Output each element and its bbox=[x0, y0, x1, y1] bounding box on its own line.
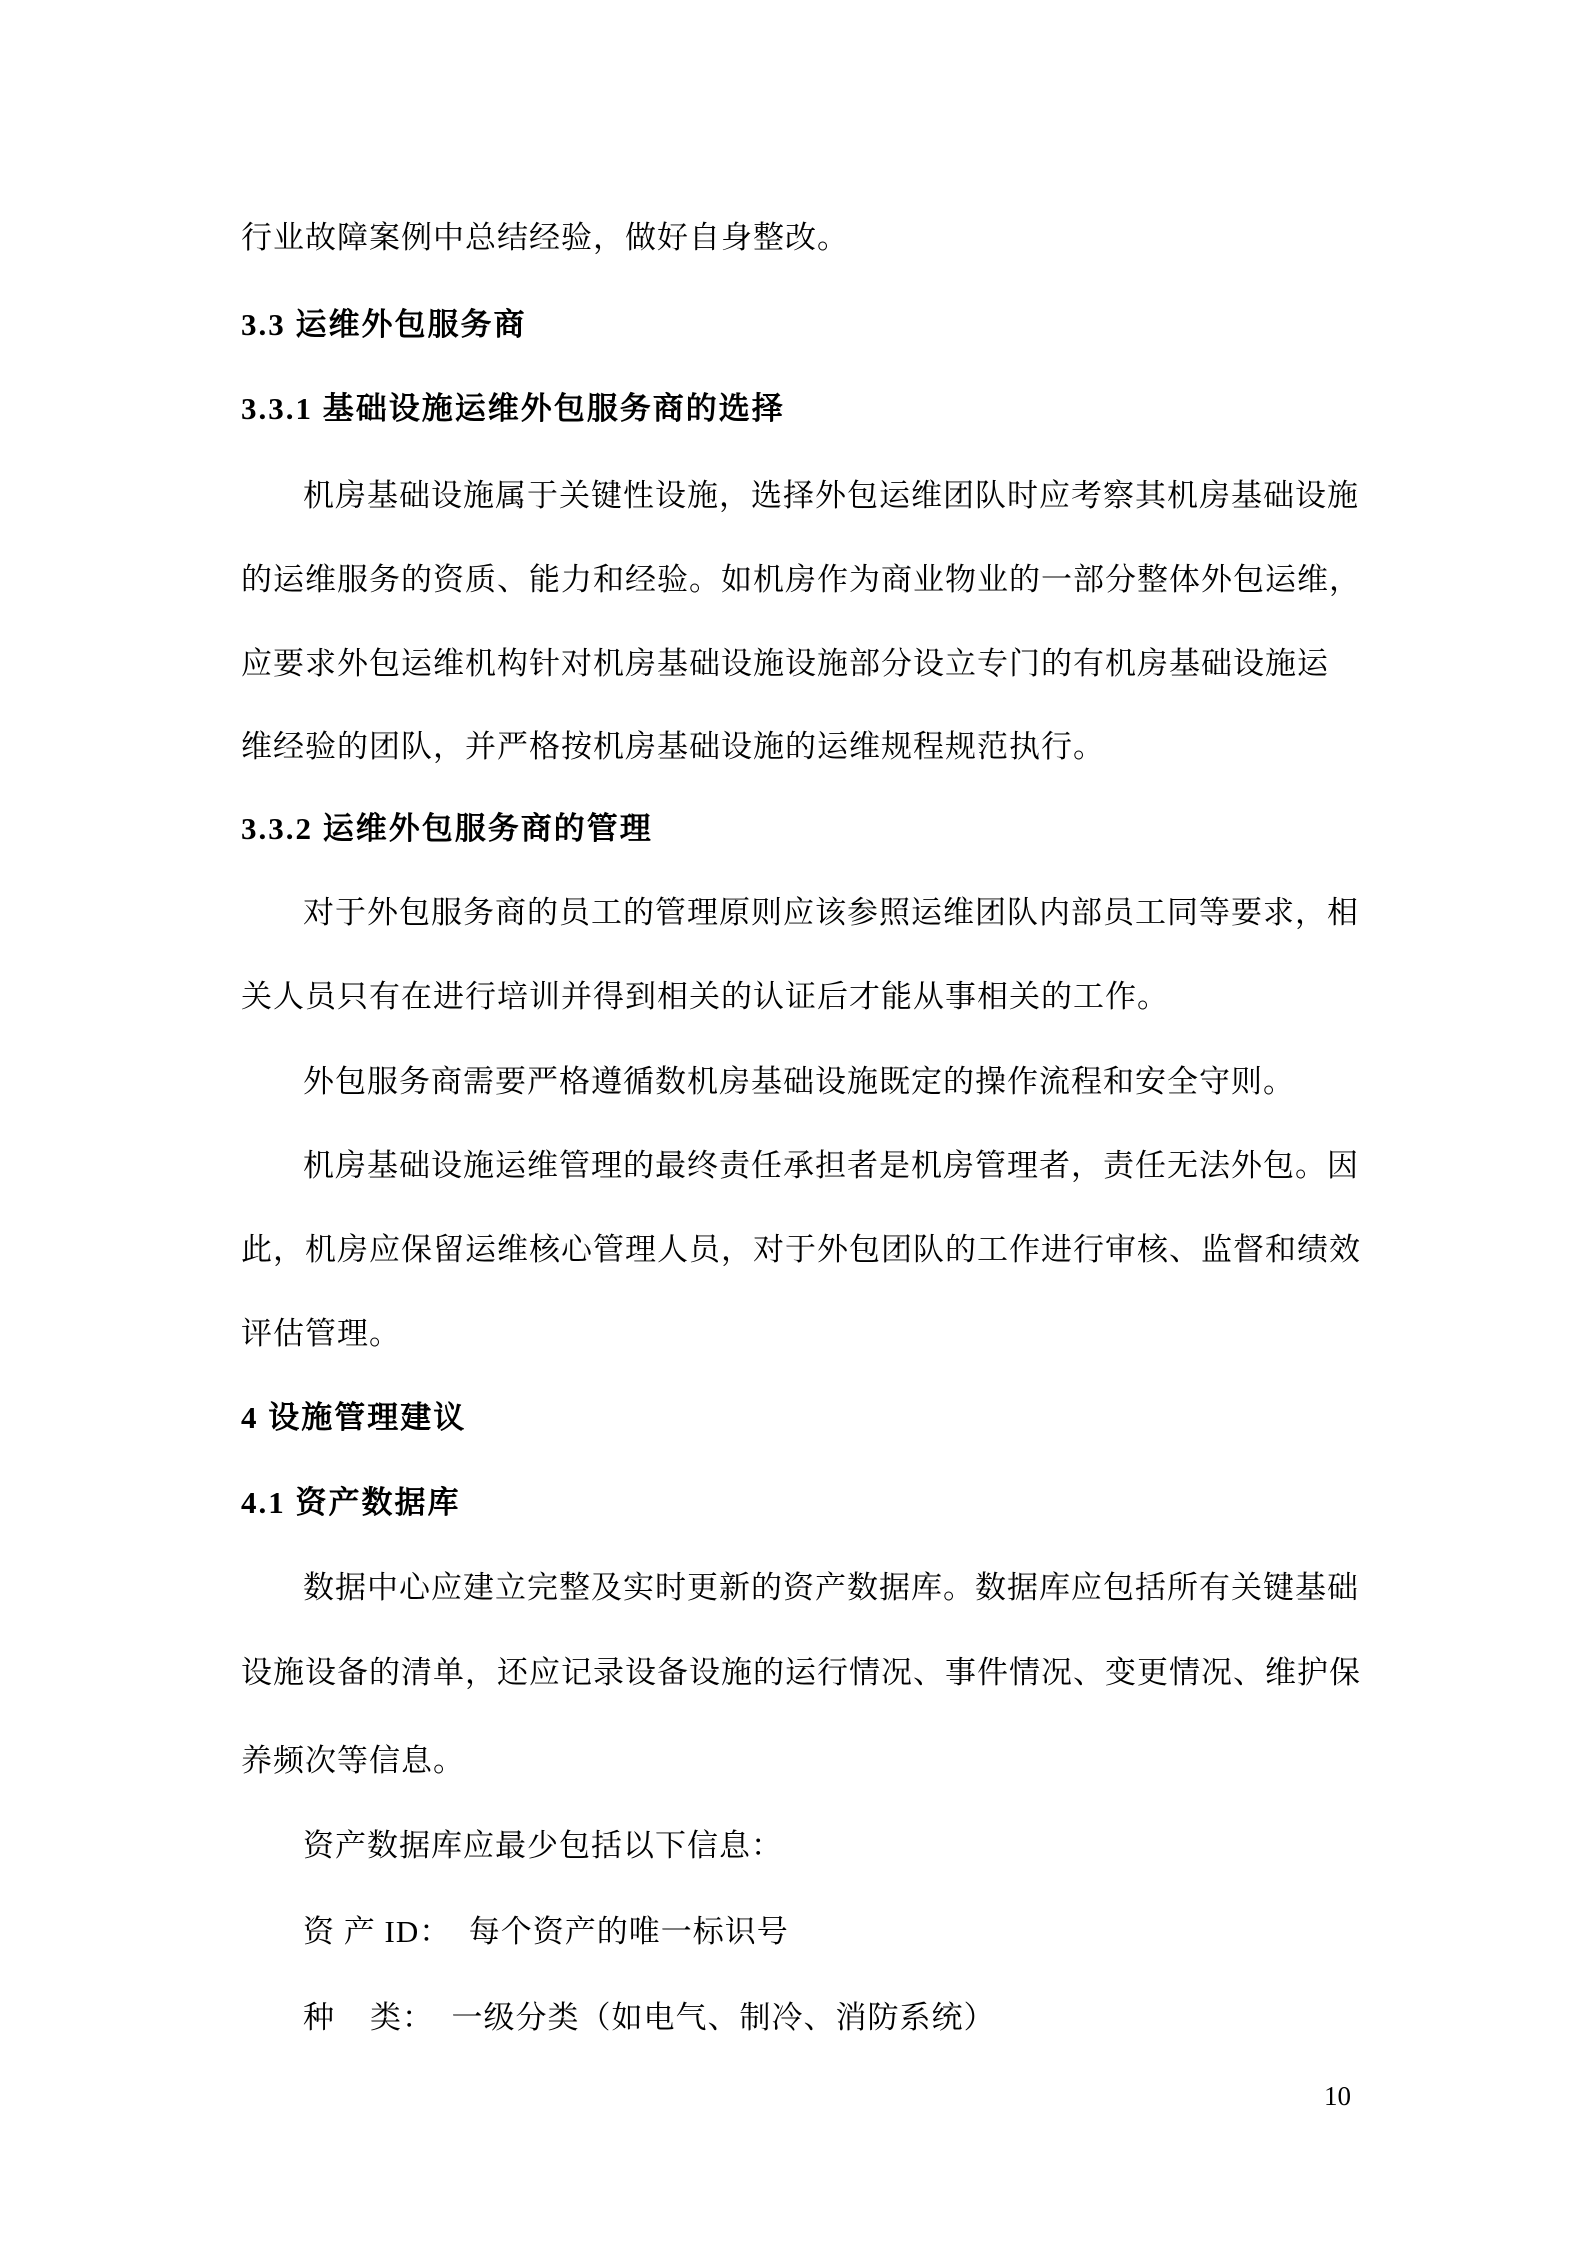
heading-3-3-2: 3.3.2 运维外包服务商的管理 bbox=[241, 811, 1351, 847]
body-text-line: 此，机房应保留运维核心管理人员，对于外包团队的工作进行审核、监督和绩效 bbox=[241, 1232, 1351, 1268]
body-text-line: 行业故障案例中总结经验，做好自身整改。 bbox=[241, 220, 1351, 256]
document-page: 行业故障案例中总结经验，做好自身整改。 3.3 运维外包服务商 3.3.1 基础… bbox=[0, 0, 1586, 2245]
page-number: 10 bbox=[1324, 2081, 1351, 2111]
body-text-line: 评估管理。 bbox=[241, 1316, 1351, 1352]
body-text-line: 机房基础设施运维管理的最终责任承担者是机房管理者，责任无法外包。因 bbox=[303, 1148, 1351, 1184]
heading-4: 4 设施管理建议 bbox=[241, 1400, 1351, 1436]
body-text-line: 机房基础设施属于关键性设施，选择外包运维团队时应考察其机房基础设施 bbox=[303, 478, 1351, 514]
heading-3-3-1: 3.3.1 基础设施运维外包服务商的选择 bbox=[241, 391, 1351, 427]
body-text-line: 的运维服务的资质、能力和经验。如机房作为商业物业的一部分整体外包运维， bbox=[241, 562, 1351, 598]
body-text-line: 养频次等信息。 bbox=[241, 1743, 1351, 1779]
heading-3-3: 3.3 运维外包服务商 bbox=[241, 307, 1351, 343]
body-text-line: 外包服务商需要严格遵循数机房基础设施既定的操作流程和安全守则。 bbox=[303, 1064, 1351, 1100]
body-text-line: 关人员只有在进行培训并得到相关的认证后才能从事相关的工作。 bbox=[241, 979, 1351, 1015]
list-item-asset-id: 资 产 ID： 每个资产的唯一标识号 bbox=[303, 1914, 1351, 1950]
body-text-line: 应要求外包运维机构针对机房基础设施设施部分设立专门的有机房基础设施运 bbox=[241, 646, 1351, 682]
body-text-line: 设施设备的清单，还应记录设备设施的运行情况、事件情况、变更情况、维护保 bbox=[241, 1655, 1351, 1691]
list-item-category: 种 类： 一级分类（如电气、制冷、消防系统） bbox=[303, 2000, 1351, 2036]
body-text-line: 数据中心应建立完整及实时更新的资产数据库。数据库应包括所有关键基础 bbox=[303, 1570, 1351, 1606]
body-text-line: 资产数据库应最少包括以下信息： bbox=[303, 1828, 1351, 1864]
body-text-line: 维经验的团队，并严格按机房基础设施的运维规程规范执行。 bbox=[241, 729, 1351, 765]
body-text-line: 对于外包服务商的员工的管理原则应该参照运维团队内部员工同等要求，相 bbox=[303, 895, 1351, 931]
heading-4-1: 4.1 资产数据库 bbox=[241, 1485, 1351, 1521]
